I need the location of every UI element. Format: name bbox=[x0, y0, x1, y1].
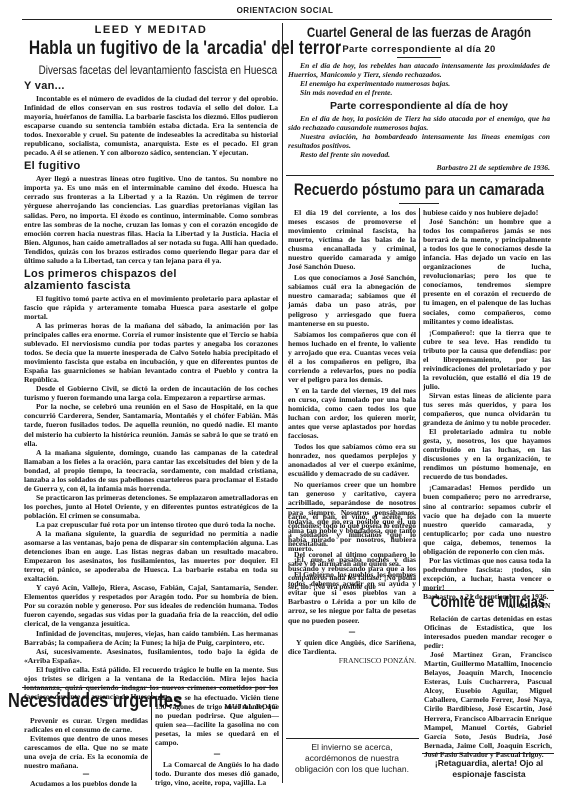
milicias-article: Comité de Milicias Relación de cartas de… bbox=[424, 594, 552, 759]
paragraph: Sabíamos los compañeros que con él hemos… bbox=[288, 330, 416, 384]
paragraph: Incontable es el número de evadidos de l… bbox=[24, 94, 278, 157]
cuartel-dateline: Barbastro 21 de septiembre de 1936. bbox=[288, 163, 550, 172]
dash-separator: — bbox=[24, 770, 148, 777]
retaguardia-notice: ¡Retaguardia, alerta! Ojo al espionaje f… bbox=[428, 758, 550, 780]
milicias-names-list: José Martínez Gran, Francisco Martín, Gu… bbox=[424, 650, 552, 759]
paragraph: Se practicaron las primeras detenciones.… bbox=[24, 493, 278, 520]
section-divider bbox=[286, 508, 419, 509]
section-divider bbox=[422, 590, 554, 591]
paragraph: Los que conocíamos a José Sanchón, sabía… bbox=[288, 273, 416, 327]
small-rule bbox=[397, 57, 441, 58]
left-article: LEED Y MEDITAD Habla un fugitivo de la '… bbox=[24, 24, 278, 711]
signature-francisco-ponzan: FRANCISCO PONZÁN. bbox=[288, 656, 416, 665]
article-deck: Diversas facetas del levantamiento fasci… bbox=[39, 63, 264, 77]
necesidades-headline-block: Necesidades urgentes bbox=[22, 690, 150, 713]
milicias-intro: Relación de cartas detenidas en estas Of… bbox=[424, 614, 552, 650]
paragraph: Sirvan estas líneas de aliciente para tu… bbox=[423, 391, 551, 427]
paragraph: El Gobierno, los pueblos, los hombres to… bbox=[288, 570, 416, 624]
paragraph: ¡Camaradas! Hemos perdido un buen compañ… bbox=[423, 483, 551, 555]
paragraph: trilla no se ha efectuado. Vicién tiene … bbox=[155, 693, 279, 747]
paragraph: A la mañana siguiente, la guardia de seg… bbox=[24, 529, 278, 583]
paragraph: Acudamos a los pueblos donde la bbox=[24, 779, 148, 788]
paragraph: El proletariado admira tu noble gesta, y… bbox=[423, 427, 551, 481]
dash-separator: — bbox=[288, 628, 416, 635]
recuerdo-headline-block: Recuerdo póstumo para un camarada bbox=[288, 180, 550, 207]
paragraph: En el día de hoy, los rebeldes han ataca… bbox=[288, 61, 550, 79]
masthead-rule bbox=[22, 19, 552, 20]
paragraph: Evitemos que dentro de unos meses caresc… bbox=[24, 734, 148, 770]
subhead-el-fugitivo: El fugitivo bbox=[24, 160, 278, 172]
paragraph: Infinidad de jovencitas, mujeres, viejas… bbox=[24, 629, 278, 647]
winter-notice-text: El invierno se acerca, acordémonos de nu… bbox=[292, 742, 412, 775]
paragraph: carne, el pan, el vino, el aceite, los c… bbox=[288, 512, 416, 548]
paragraph: Desde el Gobierno Civil, se dictó la ord… bbox=[24, 384, 278, 402]
retaguardia-notice-text: ¡Retaguardia, alerta! Ojo al espionaje f… bbox=[428, 758, 550, 780]
paragraph: Y cayó Acín, Vallejo, Riera, Ascaso, Fab… bbox=[24, 583, 278, 628]
newspaper-masthead: ORIENTACION SOCIAL bbox=[20, 6, 550, 15]
parte-hoy-title: Parte correspondiente al día de hoy bbox=[288, 100, 550, 112]
column-rule bbox=[151, 692, 152, 780]
cuartel-headline: Cuartel General de las fuerzas de Aragón bbox=[295, 24, 543, 40]
recuerdo-headline: Recuerdo póstumo para un camarada bbox=[291, 180, 547, 200]
necesidades-headline: Necesidades urgentes bbox=[8, 690, 136, 713]
winter-notice-box: El invierno se acerca, acordémonos de nu… bbox=[292, 742, 412, 775]
paragraph: El fugitivo tomó parte activa en el movi… bbox=[24, 294, 278, 321]
parte-20-title: Parte correspondiente al día 20 bbox=[288, 44, 550, 55]
ponzan-continuation: carne, el pan, el vino, el aceite, los c… bbox=[288, 512, 416, 665]
paragraph: La Comarcal de Angüés lo ha dado todo. D… bbox=[155, 760, 279, 787]
section-divider bbox=[422, 753, 554, 754]
section-divider bbox=[22, 687, 278, 688]
paragraph: El enemigo ha experimentado numerosas ba… bbox=[288, 79, 550, 88]
paragraph: José Sanchón: un hombre que a todos los … bbox=[423, 217, 551, 326]
dash-separator: — bbox=[155, 750, 279, 757]
cuartel-general-article: Cuartel General de las fuerzas de Aragón… bbox=[288, 24, 550, 172]
paragraph: Todos los que sabíamos cómo era su honra… bbox=[288, 442, 416, 478]
paragraph: En el día de hoy, la posición de Tierz h… bbox=[288, 114, 550, 132]
paragraph: La paz crepuscular fué rota por un inten… bbox=[24, 520, 278, 529]
paragraph: Prevenir es curar. Urgen medidas radical… bbox=[24, 716, 148, 734]
paragraph: Resto del frente sin novedad. bbox=[288, 150, 550, 159]
paragraph: Así, sucesivamente. Asesinatos, fusilami… bbox=[24, 647, 278, 665]
section-divider bbox=[286, 738, 419, 739]
paragraph: hubiese caído y nos hubiere dejado! bbox=[423, 208, 551, 217]
necesidades-col1: Prevenir es curar. Urgen medidas radical… bbox=[24, 716, 148, 788]
subhead-primeros-chispazos: Los primeros chispazos del alzamiento fa… bbox=[24, 268, 238, 292]
milicias-headline: Comité de Milicias bbox=[423, 594, 553, 612]
paragraph: Del coronel al último compañero lo sabe … bbox=[288, 550, 416, 568]
recuerdo-col2: hubiese caído y nos hubiere dejado! José… bbox=[423, 208, 551, 610]
paragraph: Por la noche, se celebró una reunión en … bbox=[24, 402, 278, 447]
paragraph: El día 19 del corriente, a los dos meses… bbox=[288, 208, 416, 271]
paragraph: A las primeras horas de la mañana del sá… bbox=[24, 321, 278, 384]
article-kicker: LEED Y MEDITAD bbox=[24, 24, 278, 36]
paragraph: ¡Compañero!: que la tierra que te cubre … bbox=[423, 328, 551, 391]
subhead-y-van: Y van... bbox=[24, 80, 278, 92]
paragraph: A la mañana siguiente, domingo, cuando l… bbox=[24, 448, 278, 493]
paragraph: Y en la tarde del viernes, 19 del mes en… bbox=[288, 386, 416, 440]
paragraph: Ayer llegó a nuestras líneas otro fugiti… bbox=[24, 174, 278, 264]
article-headline: Habla un fugitivo de la 'arcadia' del te… bbox=[29, 38, 273, 60]
paragraph: Por las víctimas que nos causa toda la p… bbox=[423, 556, 551, 592]
paragraph: Nuestra aviación, ha bombardeado intensa… bbox=[288, 132, 550, 150]
paragraph: Sin más novedad en el frente. bbox=[288, 88, 550, 97]
section-divider bbox=[286, 175, 554, 176]
paragraph: Y quien dice Angüés, dice Sariñena, dice… bbox=[288, 638, 416, 656]
column-rule bbox=[419, 208, 420, 586]
small-rule bbox=[399, 203, 439, 204]
page-column-divider bbox=[282, 23, 283, 783]
necesidades-col2: trilla no se ha efectuado. Vicién tiene … bbox=[155, 693, 279, 787]
